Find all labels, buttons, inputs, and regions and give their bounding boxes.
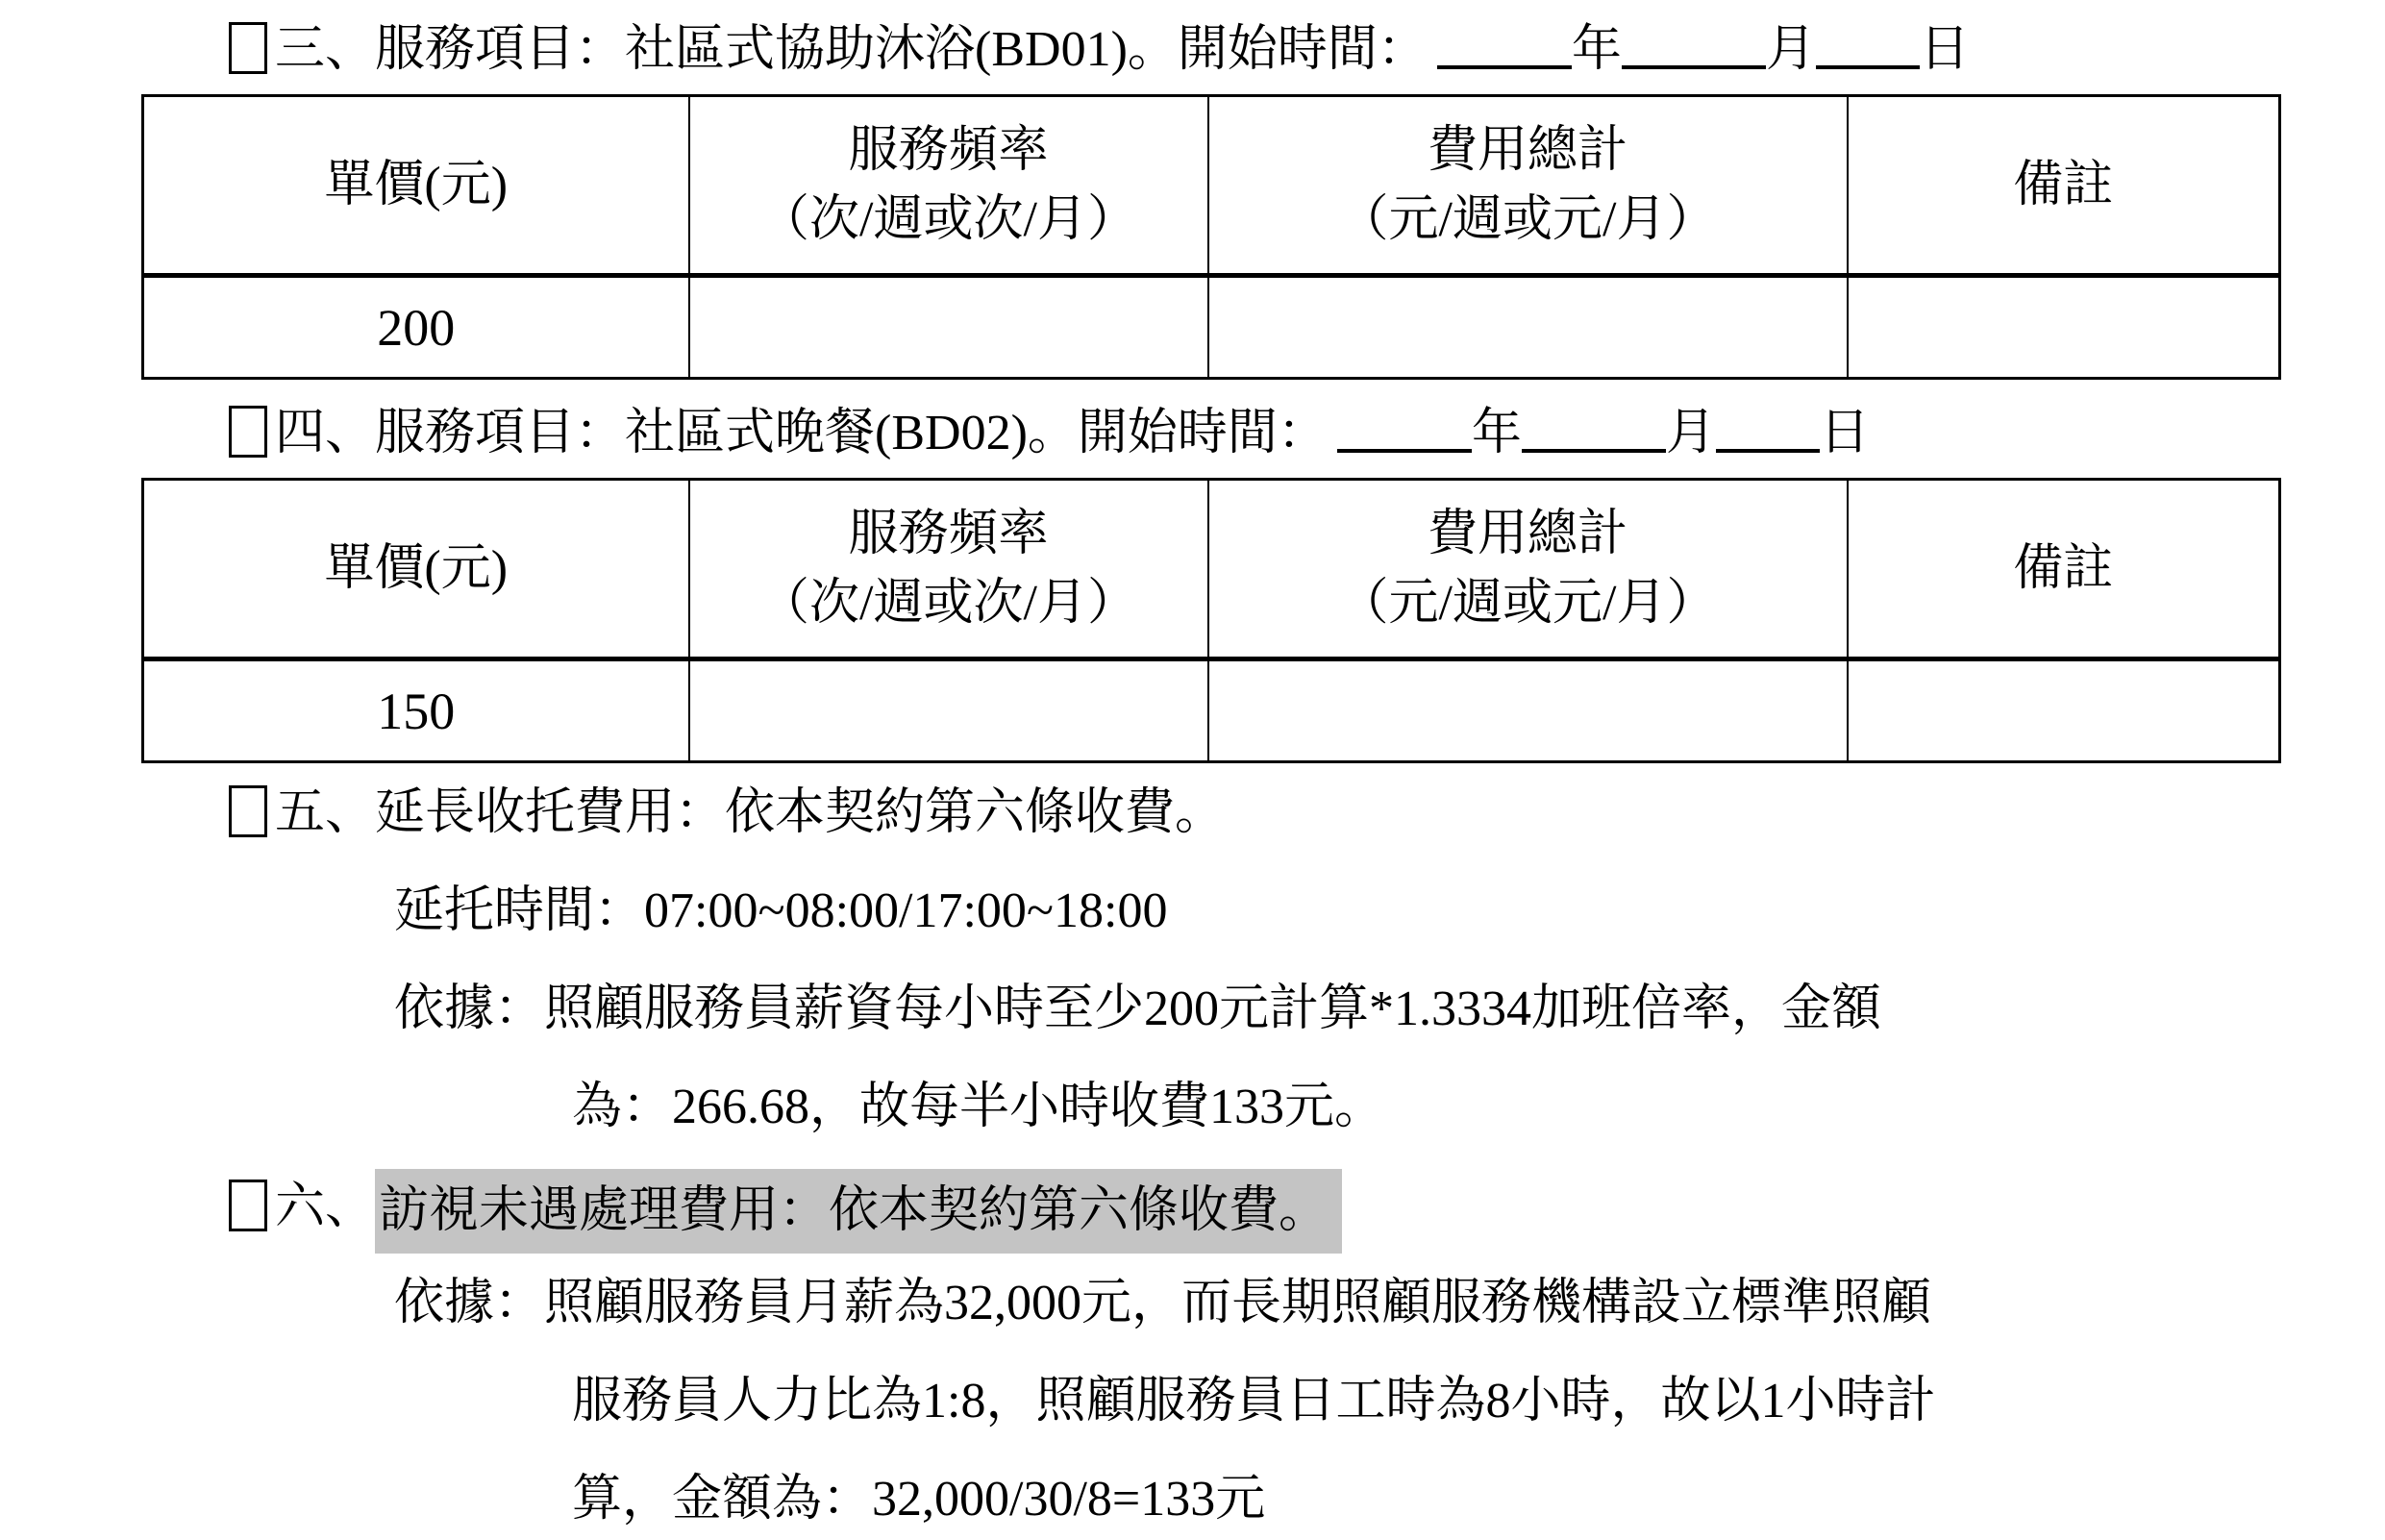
header-total-cost: 費用總計 （元/週或元/月）	[1208, 480, 1848, 659]
header-unit-price: 單價(元)	[143, 480, 689, 659]
service-table-bd01: 單價(元) 服務頻率 （次/週或次/月） 費用總計 （元/週或元/月） 備註 2…	[141, 94, 2281, 380]
header-title: 單價(元)	[144, 151, 688, 220]
header-total-cost: 費用總計 （元/週或元/月）	[1208, 96, 1848, 276]
table-data-row: 200	[143, 276, 2280, 379]
section-3-heading: 三、服務項目：社區式協助沐浴(BD01)。開始時間：年月日	[229, 12, 2385, 88]
cell-total-cost	[1208, 276, 1848, 379]
header-title: 單價(元)	[144, 534, 688, 604]
section-6-number: 六、	[275, 1180, 375, 1234]
header-title: 服務頻率	[690, 116, 1207, 186]
header-service-frequency: 服務頻率 （次/週或次/月）	[689, 96, 1208, 276]
section-5-extended-hours-line: 延托時間：07:00~08:00/17:00~18:00	[394, 873, 2385, 950]
section-5-heading: 五、延長收托費用：依本契約第六條收費。	[229, 775, 2385, 852]
day-blank-line	[1716, 441, 1820, 453]
day-blank-line	[1816, 58, 1920, 69]
cell-service-frequency	[689, 276, 1208, 379]
header-remarks: 備註	[1848, 96, 2280, 276]
year-label: 年	[1472, 406, 1522, 460]
header-title: 服務頻率	[690, 500, 1207, 569]
section-3-checkbox[interactable]	[229, 22, 267, 74]
section-4-title: 服務項目：社區式晚餐(BD02)。開始時間：	[375, 406, 1328, 460]
section-5-title: 延長收托費用：依本契約第六條收費。	[375, 785, 1225, 840]
year-blank-line	[1437, 58, 1572, 69]
table-header-row: 單價(元) 服務頻率 （次/週或次/月） 費用總計 （元/週或元/月） 備註	[143, 96, 2280, 276]
section-6-heading: 六、訪視未遇處理費用：依本契約第六條收費。	[229, 1163, 2385, 1252]
month-blank-line	[1522, 441, 1666, 453]
section-5-checkbox[interactable]	[229, 785, 267, 837]
section-4-checkbox[interactable]	[229, 406, 267, 458]
header-unit-price: 單價(元)	[143, 96, 689, 276]
header-service-frequency: 服務頻率 （次/週或次/月）	[689, 480, 1208, 659]
year-blank-line	[1337, 441, 1472, 453]
section-6-basis-line-2: 服務員人力比為1:8，照顧服務員日工時為8小時，故以1小時計	[572, 1363, 2385, 1440]
cell-unit-price: 200	[143, 276, 689, 379]
section-4-number: 四、	[275, 406, 375, 460]
header-subtitle: （次/週或次/月）	[690, 569, 1207, 638]
year-label: 年	[1572, 22, 1622, 77]
header-subtitle: （元/週或元/月）	[1209, 569, 1847, 638]
section-5-number: 五、	[275, 785, 375, 840]
section-6-basis-line-3: 算，金額為：32,000/30/8=133元	[572, 1461, 2385, 1538]
section-3-number: 三、	[275, 22, 375, 77]
header-subtitle: （元/週或元/月）	[1209, 186, 1847, 255]
header-title: 費用總計	[1209, 500, 1847, 569]
section-4-heading: 四、服務項目：社區式晚餐(BD02)。開始時間：年月日	[229, 395, 2385, 472]
section-6-checkbox[interactable]	[229, 1180, 267, 1231]
cell-service-frequency	[689, 659, 1208, 762]
cell-total-cost	[1208, 659, 1848, 762]
header-title: 備註	[1849, 534, 2279, 604]
header-remarks: 備註	[1848, 480, 2280, 659]
section-6-basis-line-1: 依據：照顧服務員月薪為32,000元，而長期照顧服務機構設立標準照顧	[394, 1265, 2385, 1342]
document-page: 三、服務項目：社區式協助沐浴(BD01)。開始時間：年月日 單價(元) 服務頻率…	[0, 0, 2385, 1540]
section-5-basis-line-2: 為：266.68，故每半小時收費133元。	[572, 1069, 2385, 1146]
cell-unit-price: 150	[143, 659, 689, 762]
section-5-basis-line-1: 依據：照顧服務員薪資每小時至少200元計算*1.3334加班倍率，金額	[394, 971, 2385, 1048]
month-blank-line	[1622, 58, 1766, 69]
month-label: 月	[1766, 22, 1816, 77]
day-label: 日	[1820, 406, 1870, 460]
day-label: 日	[1920, 22, 1970, 77]
cell-remarks	[1848, 276, 2280, 379]
month-label: 月	[1666, 406, 1716, 460]
table-data-row: 150	[143, 659, 2280, 762]
table-header-row: 單價(元) 服務頻率 （次/週或次/月） 費用總計 （元/週或元/月） 備註	[143, 480, 2280, 659]
section-6-highlighted-title: 訪視未遇處理費用：依本契約第六條收費。	[375, 1169, 1342, 1254]
cell-remarks	[1848, 659, 2280, 762]
header-title: 備註	[1849, 151, 2279, 220]
section-3-title: 服務項目：社區式協助沐浴(BD01)。開始時間：	[375, 22, 1428, 77]
header-subtitle: （次/週或次/月）	[690, 186, 1207, 255]
header-title: 費用總計	[1209, 116, 1847, 186]
service-table-bd02: 單價(元) 服務頻率 （次/週或次/月） 費用總計 （元/週或元/月） 備註 1…	[141, 478, 2281, 763]
